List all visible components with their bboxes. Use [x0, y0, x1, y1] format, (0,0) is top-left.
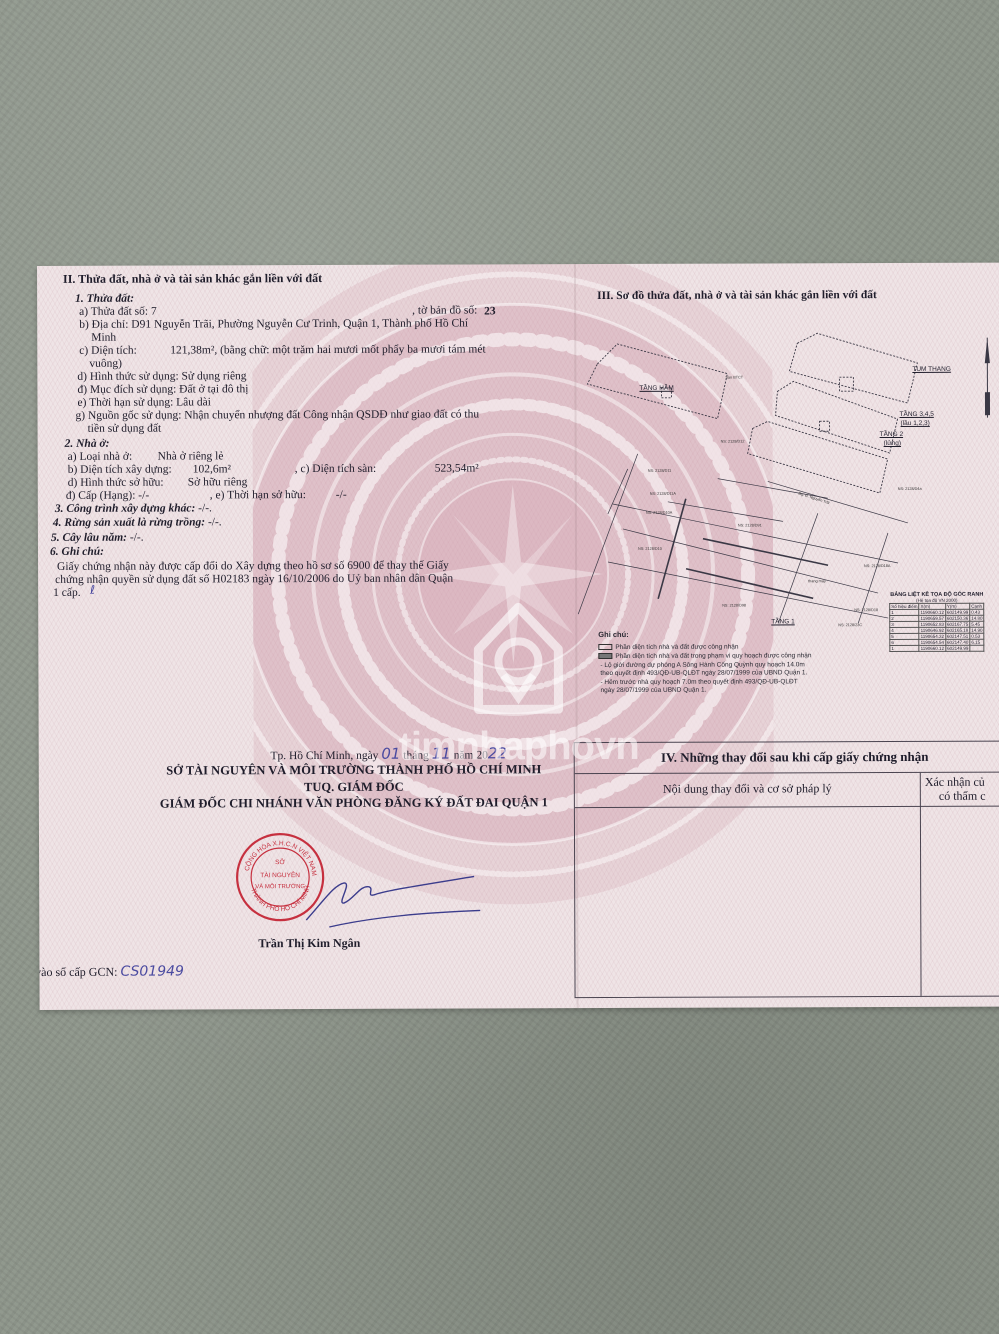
- ownership-label: d) Hình thức sở hữu:: [68, 477, 164, 490]
- label-slab: Sàn BTCT: [725, 376, 743, 380]
- build-area-value: 102,6m²: [193, 463, 231, 476]
- ownership-value: Sở hữu riêng: [188, 476, 248, 489]
- other-works: 3. Công trình xây dựng khác: -/-.: [55, 502, 212, 516]
- label-basement: TẦNG HẦM: [639, 385, 673, 392]
- origin-line-1: g) Nguồn gốc sử dụng: Nhận chuyển nhượng…: [76, 408, 480, 422]
- parcel-number: a) Thửa đất số: 7: [79, 306, 157, 319]
- neighbor-label: NS: 2128/D4a: [898, 487, 922, 491]
- floor-area-value: 523,54m²: [435, 462, 479, 475]
- section-3-title: III. Sơ đồ thửa đất, nhà ở và tài sản kh…: [597, 289, 877, 302]
- handwritten-signature: [274, 864, 484, 935]
- neighbor-label: NS: 2128/D10: [638, 547, 662, 551]
- house-grade: đ) Cấp (Hạng): -/-: [66, 490, 149, 503]
- map-sheet-number: 23: [484, 305, 496, 318]
- forest: 4. Rừng sản xuất là rừng trồng: -/-.: [53, 516, 222, 530]
- neighbor-label: NS: 2128/D18A: [864, 564, 890, 568]
- changes-table: IV. Những thay đổi sau khi cấp giấy chứn…: [574, 741, 999, 999]
- notes-line-2: chứng nhận quyền sử dụng đất số H02183 n…: [55, 573, 453, 587]
- perennial-trees: 5. Cây lâu năm: -/-.: [51, 532, 144, 545]
- ownership-term-value: -/-: [336, 489, 347, 502]
- land-certificate-page: II. Thửa đất, nhà ở và tài sản khác gắn …: [37, 263, 999, 1010]
- label-floor-2: TẦNG 2: [880, 431, 904, 438]
- label-floor-3-4-5-sub: (lầu 1,2,3): [901, 420, 930, 427]
- notes-heading: 6. Ghi chú:: [50, 546, 104, 559]
- label-floor-3-4-5: TẦNG 3,4,5: [900, 411, 934, 418]
- house-type-label: a) Loại nhà ở:: [68, 451, 133, 464]
- signer-position: GIÁM ĐỐC CHI NHÁNH VĂN PHÒNG ĐĂNG KÝ ĐẤT…: [94, 796, 614, 811]
- use-term: e) Thời hạn sử dụng: Lâu dài: [77, 396, 211, 409]
- changes-column-content: Nội dung thay đổi và cơ sở pháp lý: [575, 773, 922, 997]
- watermark-text: timnhaphovn: [349, 724, 689, 770]
- parcel-floor-plan-diagram: [567, 303, 999, 635]
- neighbor-label: NS: 2128/D91: [738, 523, 762, 527]
- neighbor-label: NS: 2128/D10A: [646, 511, 672, 515]
- use-form: d) Hình thức sử dụng: Sử dụng riêng: [77, 370, 246, 384]
- area-line-2: vuông): [89, 358, 122, 371]
- address-line-1: b) Địa chỉ: D91 Nguyễn Trãi, Phường Nguy…: [79, 317, 468, 331]
- location-home-icon: [458, 589, 578, 719]
- watermark: timnhaphovn: [348, 589, 689, 770]
- address-line-2: Minh: [91, 332, 116, 345]
- neighbor-label: NS: 2128/D12: [721, 440, 745, 444]
- neighbor-label: NS: 2128/D18: [854, 608, 878, 612]
- land-heading: 1. Thửa đất:: [75, 293, 134, 306]
- ownership-term-label: , e) Thời hạn sở hữu:: [210, 489, 306, 502]
- neighbor-label: NS: 2128/D98: [722, 604, 746, 608]
- signer-name: Trần Thị Kim Ngân: [258, 937, 360, 950]
- map-sheet-label: , tờ bản đồ số:: [412, 304, 477, 317]
- register-number-row: Số vào sổ cấp GCN: CS01949: [37, 965, 184, 979]
- house-type-value: Nhà ở riêng lẻ: [158, 450, 224, 463]
- neighbor-label: NS: 2128/D11A: [650, 492, 676, 496]
- neighbor-label: NS: 2128/23C: [838, 623, 862, 627]
- corner-coordinates-table: BẢNG LIỆT KÊ TỌA ĐỘ GÓC RANH (Hệ tọa độ …: [889, 592, 984, 652]
- area-label: c) Diện tích:: [79, 345, 137, 358]
- changes-column-confirmation: Xác nhận củcó thẩm c: [925, 775, 986, 803]
- proxy-title: TUQ. GIÁM ĐỐC: [94, 780, 614, 795]
- label-floor-2-sub: (lửng): [884, 440, 901, 447]
- origin-line-2: tiền sử dụng đất: [88, 423, 162, 436]
- area-line-1: 121,38m², (bằng chữ: một trăm hai mươi m…: [170, 343, 485, 357]
- section-2-title: II. Thửa đất, nhà ở và tài sản khác gắn …: [63, 271, 322, 287]
- label-elevator: thang máy: [808, 579, 826, 583]
- neighbor-label: NS: 2128/D11: [648, 469, 672, 473]
- label-roof: TUM THANG: [912, 366, 951, 373]
- notes-line-3: 1 cấp.: [53, 587, 81, 600]
- coordinate-row: 11190660.12602149.99: [890, 645, 984, 651]
- floor-area-label: , c) Diện tích sàn:: [295, 463, 376, 476]
- build-area-label: b) Diện tích xây dựng:: [68, 464, 172, 477]
- use-purpose: đ) Mục đích sử dụng: Đất ở tại đô thị: [77, 383, 248, 397]
- initials-mark: ℓ: [90, 584, 95, 597]
- house-heading: 2. Nhà ở:: [65, 438, 110, 451]
- notes-line-1: Giấy chứng nhận này được cấp đổi do Xây …: [57, 560, 449, 574]
- label-floor-1: TẦNG 1: [771, 618, 795, 625]
